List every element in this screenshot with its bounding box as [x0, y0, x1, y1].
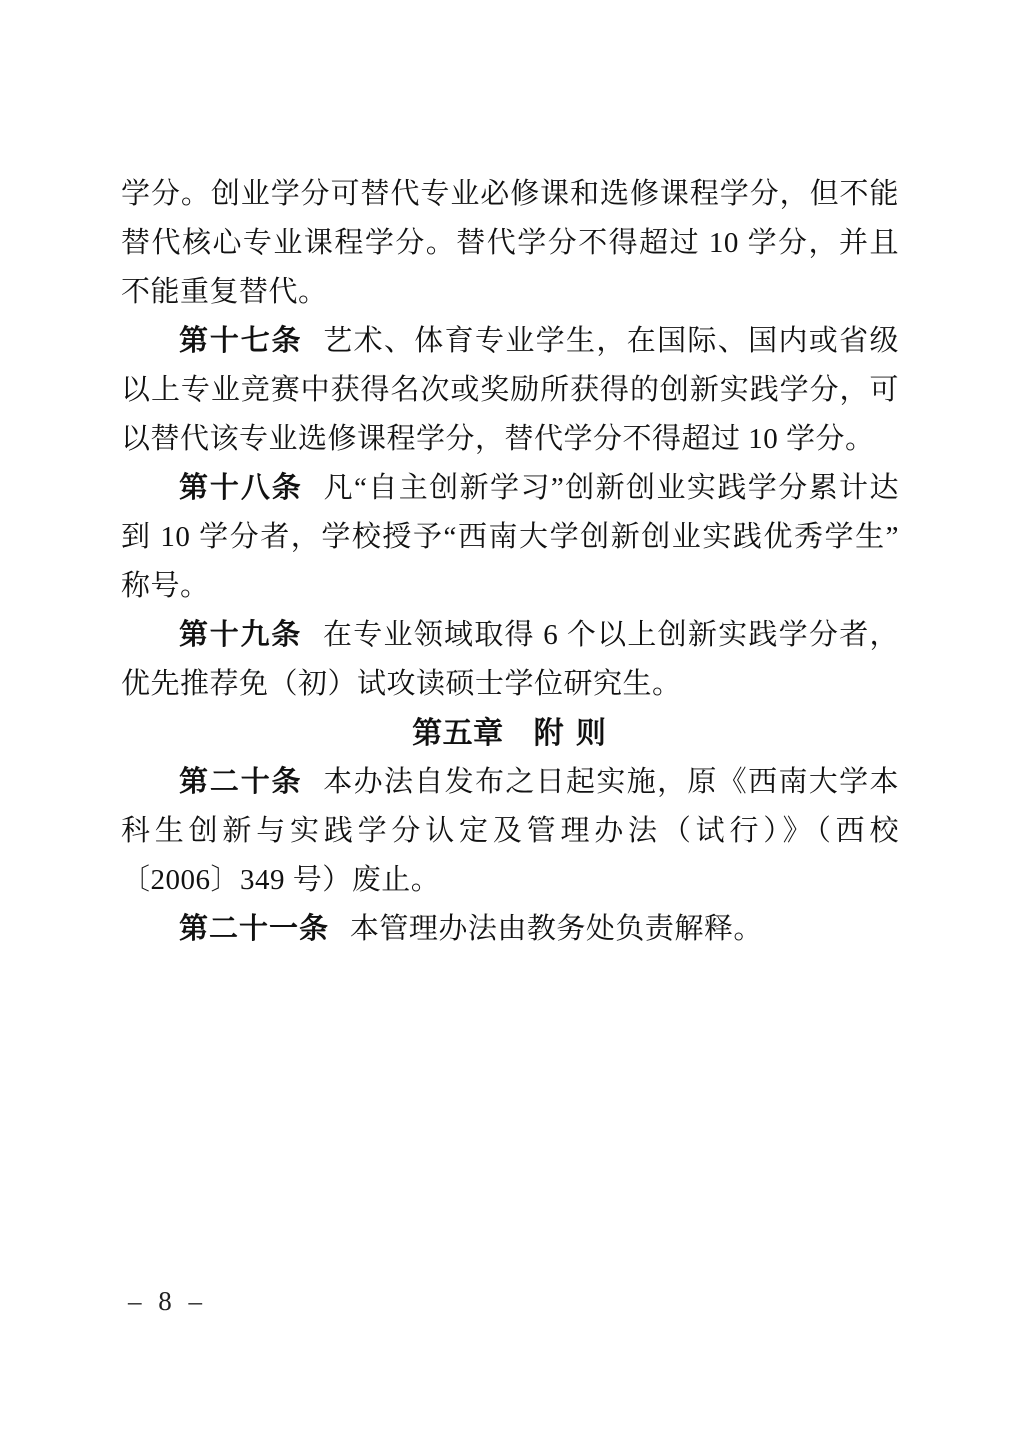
article-21: 第二十一条本管理办法由教务处负责解释。 [121, 905, 899, 954]
article-17-label: 第十七条 [179, 325, 302, 357]
chapter-heading-number: 第五章 [412, 717, 504, 750]
chapter-heading-title: 附 则 [534, 717, 608, 750]
article-20: 第二十条本办法自发布之日起实施，原《西南大学本科生创新与实践学分认定及管理办法（… [121, 758, 899, 905]
article-19-label: 第十九条 [179, 619, 302, 651]
document-page: 学分。创业学分可替代专业必修课和选修课程学分，但不能替代核心专业课程学分。替代学… [0, 0, 1024, 1447]
article-18: 第十八条凡“自主创新学习”创新创业实践学分累计达到 10 学分者，学校授予“西南… [121, 464, 899, 611]
article-20-label: 第二十条 [179, 766, 302, 798]
page-number: – 8 – [128, 1285, 207, 1317]
article-18-label: 第十八条 [179, 472, 303, 504]
continuation-paragraph: 学分。创业学分可替代专业必修课和选修课程学分，但不能替代核心专业课程学分。替代学… [121, 170, 899, 317]
paragraph-text: 学分。创业学分可替代专业必修课和选修课程学分，但不能替代核心专业课程学分。替代学… [121, 178, 899, 308]
document-body: 学分。创业学分可替代专业必修课和选修课程学分，但不能替代核心专业课程学分。替代学… [121, 170, 899, 954]
article-19: 第十九条在专业领域取得 6 个以上创新实践学分者，优先推荐免（初）试攻读硕士学位… [121, 611, 899, 709]
article-17: 第十七条艺术、体育专业学生，在国际、国内或省级以上专业竞赛中获得名次或奖励所获得… [121, 317, 899, 464]
article-21-label: 第二十一条 [179, 913, 329, 945]
article-21-text: 本管理办法由教务处负责解释。 [350, 913, 763, 945]
chapter-heading: 第五章附 则 [121, 709, 899, 758]
